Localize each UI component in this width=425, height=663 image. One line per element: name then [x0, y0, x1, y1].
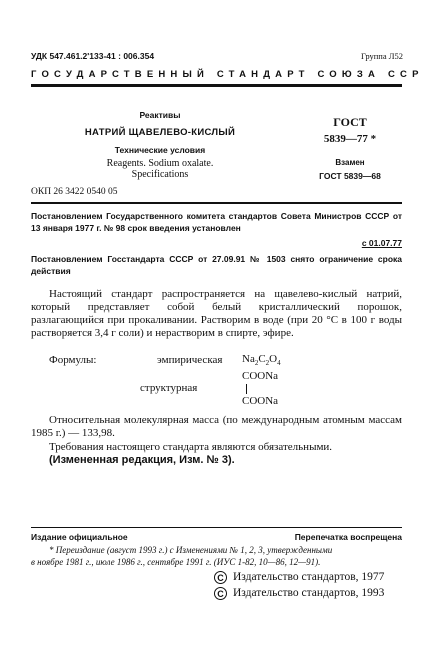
document-subtitle: Технические условия	[60, 145, 260, 155]
official-edition: Издание официальное	[31, 532, 128, 542]
copyright-1993: CИздательство стандартов, 1993	[214, 587, 384, 600]
okp-code: ОКП 26 3422 0540 05	[31, 187, 118, 197]
group-code: Группа Л52	[361, 51, 403, 61]
state-standard-title: ГОСУДАРСТВЕННЫЙ СТАНДАРТ СОЮЗА ССР	[31, 69, 403, 80]
empirical-label: эмпирическая	[157, 354, 222, 366]
gost-label: ГОСТ	[300, 115, 400, 130]
title-rule	[31, 202, 402, 204]
reissue-line2: в ноябре 1981 г., июле 1986 г., сентябре…	[31, 556, 402, 568]
english-title: Reagents. Sodium oxalate. Specifications	[60, 158, 260, 180]
bond-line	[246, 384, 247, 394]
footer-rule	[31, 527, 402, 528]
edit-note: (Измененная редакция, Изм. № 3).	[49, 454, 235, 466]
structural-label: структурная	[140, 382, 197, 394]
formulas-label: Формулы:	[49, 354, 96, 366]
document-title: НАТРИЙ ЩАВЕЛЕВО-КИСЛЫЙ	[60, 127, 260, 138]
requirements-note: Требования настоящего стандарта являются…	[49, 441, 332, 453]
replaces-gost: ГОСТ 5839—68	[300, 171, 400, 181]
copyright-icon: C	[214, 571, 227, 584]
decree-introduction: Постановлением Государственного комитета…	[31, 210, 402, 234]
structural-formula-bottom: COONa	[242, 395, 278, 407]
category-label: Реактивы	[60, 110, 260, 120]
english-title-line2: Specifications	[60, 169, 260, 180]
udk-code: УДК 547.461.2'133-41 : 006.354	[31, 51, 154, 61]
replaces-label: Взамен	[300, 158, 400, 167]
scope-paragraph: Настоящий стандарт распространяется на щ…	[31, 288, 402, 340]
copyright-icon: C	[214, 587, 227, 600]
copyright-1977: CИздательство стандартов, 1977	[214, 571, 384, 584]
empirical-formula: Na2C2O4	[242, 353, 281, 367]
effective-date: с 01.07.77	[362, 238, 402, 248]
reissue-note: * Переиздание (август 1993 г.) с Изменен…	[31, 544, 402, 568]
english-title-line1: Reagents. Sodium oxalate.	[60, 158, 260, 169]
header-rule	[31, 84, 402, 87]
structural-formula-top: COONa	[242, 370, 278, 382]
gost-number: 5839—77 *	[300, 133, 400, 145]
no-reprint-notice: Перепечатка воспрещена	[295, 532, 402, 542]
decree-validity: Постановлением Госстандарта СССР от 27.0…	[31, 253, 402, 277]
molecular-mass: Относительная молекулярная масса (по меж…	[31, 414, 402, 440]
reissue-line1: * Переиздание (август 1993 г.) с Изменен…	[31, 544, 402, 556]
